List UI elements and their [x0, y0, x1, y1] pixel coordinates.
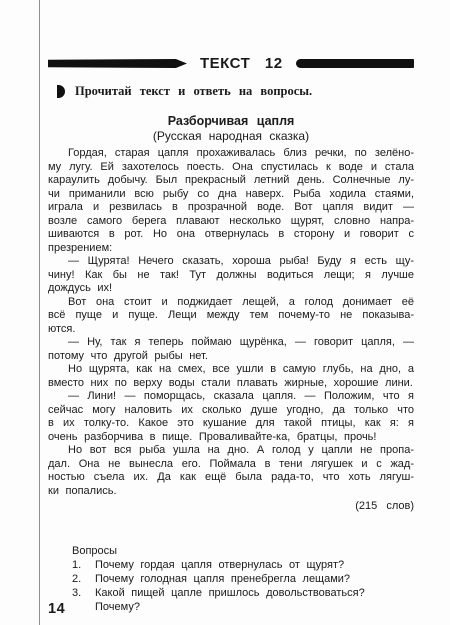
task-bullet-icon: [57, 85, 65, 98]
story-title: Разборчивая цапля: [48, 114, 414, 129]
story-line: караулить добычу. Был прекрасный летний …: [48, 174, 414, 188]
story-line: — Щурята! Нечего сказать, хороша рыба! Б…: [48, 255, 414, 269]
story-line: ются.: [48, 323, 414, 337]
questions-section: Вопросы 1.Почему гордая цапля отвернулас…: [48, 544, 414, 614]
instruction-text: Прочитай текст и ответь на вопросы.: [75, 84, 312, 99]
section-title: ТЕКСТ 12: [200, 58, 283, 69]
questions-title: Вопросы: [72, 544, 414, 558]
story-line: шиваются в рот. Но она отвернулась в сто…: [48, 228, 414, 242]
story-line: — Ну, так я теперь поймаю щурёнка, — гов…: [48, 336, 414, 350]
question-number: 1.: [72, 558, 95, 572]
story-line: очень разборчива в пище. Проваливайте-ка…: [48, 431, 414, 445]
question-text: Почему голодная цапля пренебрегла лещами…: [95, 572, 350, 586]
story-line: потому что другой рыбы нет.: [48, 350, 414, 364]
question-item: 1.Почему гордая цапля отвернулась от щур…: [72, 558, 414, 572]
header-bar-right-decoration: [296, 59, 414, 68]
story-line: играла и резвилась в прозрачной воде. Во…: [48, 201, 414, 215]
question-item: 3.Какой пищей цапле пришлось довольствов…: [72, 586, 414, 614]
story-line: дождусь их!: [48, 282, 414, 296]
page-content: ТЕКСТ 12 Прочитай текст и ответь на вопр…: [48, 0, 414, 614]
story-line: му лугу. Ей захотелось поесть. Она спуст…: [48, 161, 414, 175]
questions-list: 1.Почему гордая цапля отвернулась от щур…: [72, 558, 414, 614]
story-line: всё пуще и пуще. Лещи между тем почему-т…: [48, 309, 414, 323]
question-number: 3.: [72, 586, 95, 614]
question-text: Почему гордая цапля отвернулась от щурят…: [95, 558, 344, 572]
story-line: ки попались.: [48, 485, 414, 499]
story-line: Но вот вся рыба ушла на дно. А голод у ц…: [48, 444, 414, 458]
story-line: Вот она стоит и поджидает лещей, а голод…: [48, 296, 414, 310]
question-number: 2.: [72, 572, 95, 586]
story-subtitle: (Русская народная сказка): [48, 129, 414, 144]
story-line: Гордая, старая цапля прохаживалась близ …: [48, 147, 414, 161]
story-line: возле самого берега плавают несколько щу…: [48, 215, 414, 229]
story-line: чи приманили всю рыбу со дна наверх. Рыб…: [48, 188, 414, 202]
question-text: Какой пищей цапле пришлось довольствоват…: [95, 586, 414, 614]
question-item: 2.Почему голодная цапля пренебрегла леща…: [72, 572, 414, 586]
page-number: 14: [48, 601, 65, 617]
story-line: чину! Как бы не так! Тут должны водиться…: [48, 269, 414, 283]
story-line: вместо них по верху воды стали плавать ж…: [48, 377, 414, 391]
header-bar-left-decoration: [48, 59, 187, 68]
story-line: сейчас могу наловить их сколько душе уго…: [48, 404, 414, 418]
page-margin-rule: [39, 0, 40, 625]
textbook-page: ТЕКСТ 12 Прочитай текст и ответь на вопр…: [0, 0, 450, 625]
story-line: ностью съела их. Да как ещё была рада-то…: [48, 471, 414, 485]
story-line: презрением:: [48, 242, 414, 256]
story-line: — Лини! — поморщась, сказала цапля. — По…: [48, 390, 414, 404]
story-line: в их толку-то. Какое это кушание для так…: [48, 417, 414, 431]
story-body: Гордая, старая цапля прохаживалась близ …: [48, 147, 414, 498]
story-line: дал. Она не вынесла его. Поймала в тени …: [48, 458, 414, 472]
story-line: Но щурята, как на смех, все ушли в самую…: [48, 363, 414, 377]
word-count: (215 слов): [48, 499, 414, 513]
section-header: ТЕКСТ 12: [48, 58, 414, 69]
instruction-row: Прочитай текст и ответь на вопросы.: [48, 84, 414, 99]
